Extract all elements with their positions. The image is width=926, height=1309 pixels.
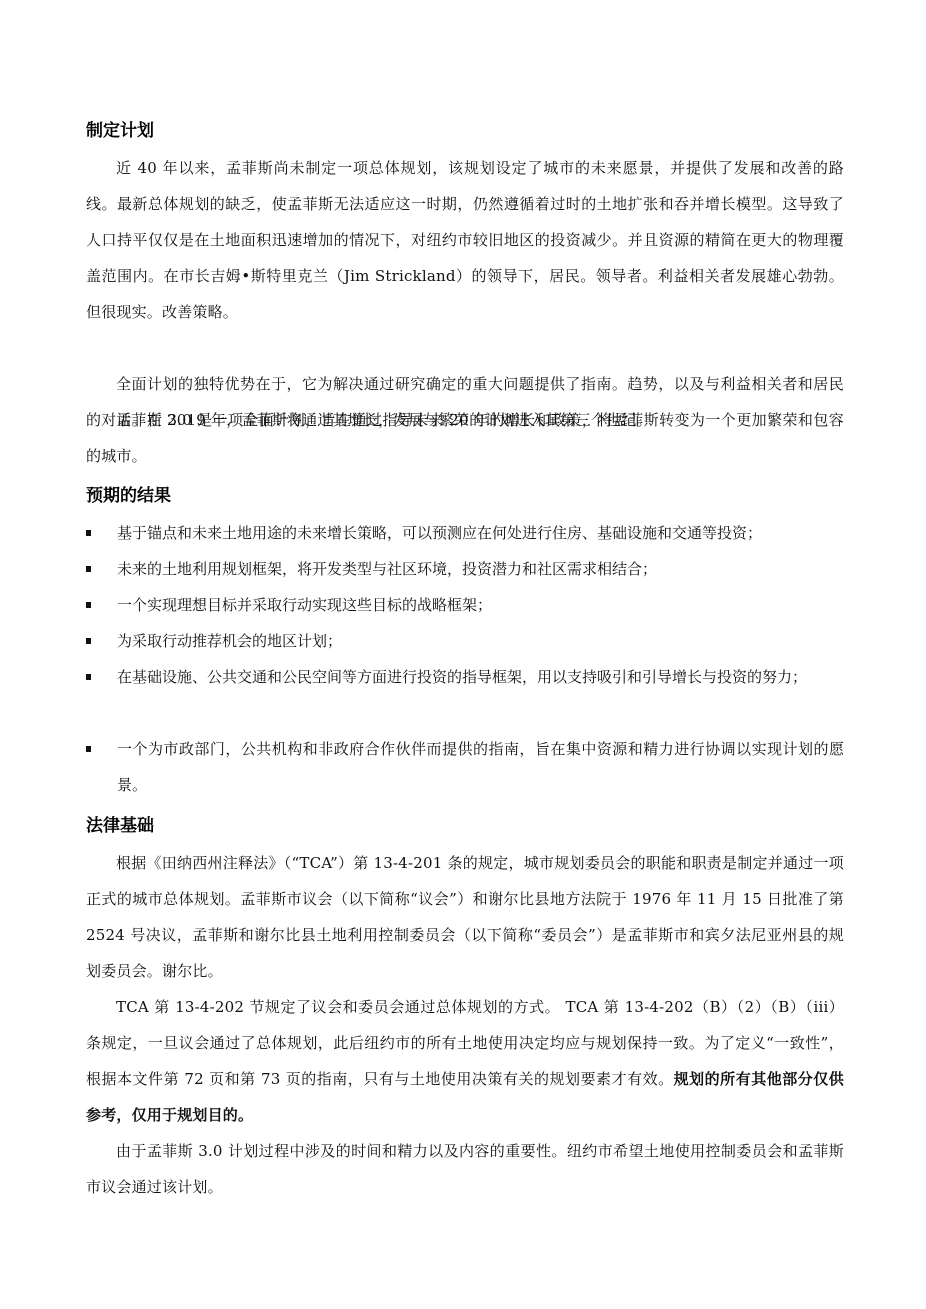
paragraph-plan-1: 近 40 年以来，孟菲斯尚未制定一项总体规划，该规划设定了城市的未来愿景，并提供… [86,150,844,330]
paragraph-legal-1: 根据《田纳西州注释法》（“TCA”）第 13-4-201 条的规定，城市规划委员… [86,845,844,989]
bullet-item: 在基础设施、公共交通和公民空间等方面进行投资的指导框架，用以支持吸引和引导增长与… [86,659,844,695]
bullet-item: 一个实现理想目标并采取行动实现这些目标的战略框架； [86,587,844,623]
heading-making-plan: 制定计划 [86,121,154,141]
paragraph-legal-2: TCA 第 13-4-202 节规定了议会和委员会通过总体规划的方式。 TCA … [86,989,844,1133]
bullet-item: 未来的土地利用规划框架，将开发类型与社区环境，投资潜力和社区需求相结合； [86,551,844,587]
heading-legal-basis: 法律基础 [86,816,154,836]
paragraph-plan-3: 孟菲斯 3.0 是一项全面计划，旨在通过指导未来 20 年的增长和政策，将孟菲斯… [86,402,844,474]
heading-expected-results: 预期的结果 [86,486,171,506]
paragraph-legal-3: 由于孟菲斯 3.0 计划过程中涉及的时间和精力以及内容的重要性。纽约市希望土地使… [86,1133,844,1205]
bullet-item: 一个为市政部门，公共机构和非政府合作伙伴而提供的指南，旨在集中资源和精力进行协调… [86,731,844,803]
bullet-item: 基于锚点和未来土地用途的未来增长策略，可以预测应在何处进行住房、基础设施和交通等… [86,515,844,551]
bullet-item: 为采取行动推荐机会的地区计划； [86,623,844,659]
